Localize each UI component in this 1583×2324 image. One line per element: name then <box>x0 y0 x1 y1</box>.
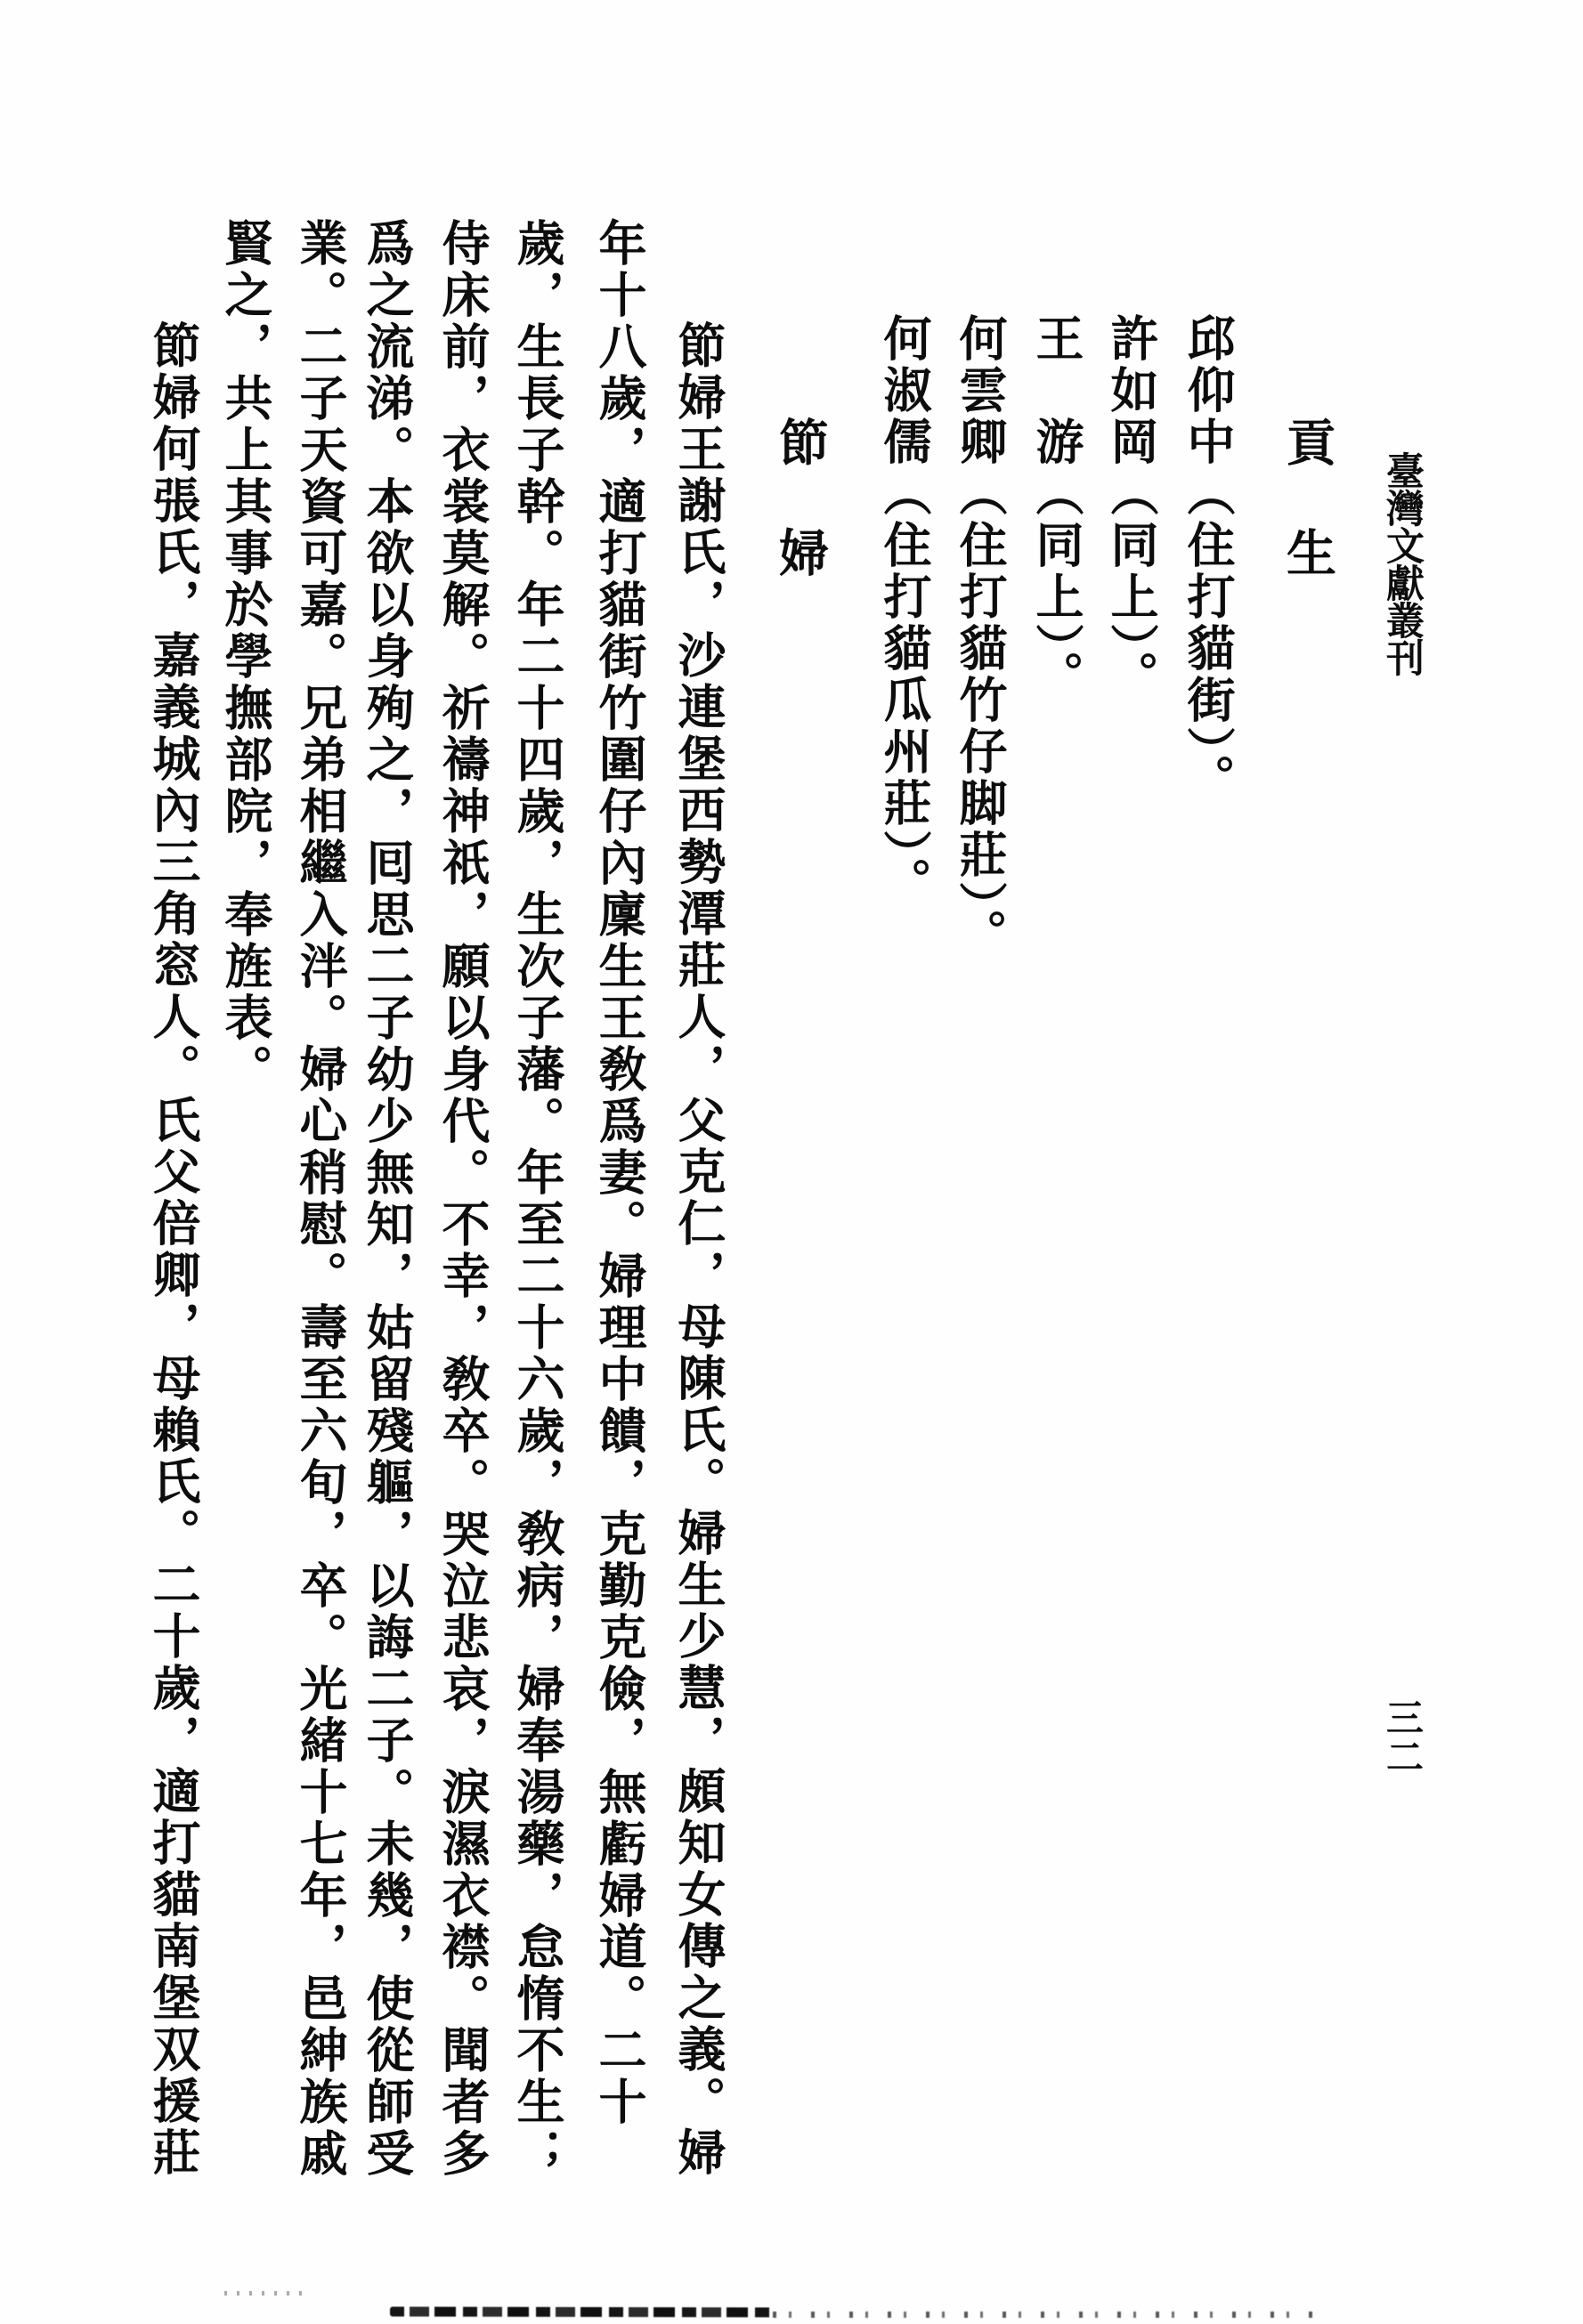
gongsheng-entry: 何雲卿（住打貓竹仔脚莊）。 <box>954 313 1005 960</box>
running-title: 臺灣文獻叢刊 <box>1381 451 1422 676</box>
gongsheng-entry: 王 游（同上）。 <box>1030 313 1082 702</box>
jiefu-entry1-line: 歲，生長子幹。年二十四歲，生次子藩。年至二十六歲，敎病，婦奉湯藥，怠惰不生； <box>511 218 563 2180</box>
scan-artifact-smudge <box>773 2312 1320 2318</box>
section-heading-gongsheng: 貢 生 <box>1280 417 1334 582</box>
scanned-book-page: 臺灣文獻叢刊 三二 貢 生 邱仰中（住打貓街）。 許如岡（同上）。 王 游（同上… <box>0 0 1583 2324</box>
jiefu-entry1-line: 爲之流涕。本欲以身殉之，囘思二子幼少無知，姑留殘軀，以誨二子。未幾，使從師受 <box>361 218 412 2180</box>
jiefu-entry2-line: 節婦何張氏，嘉義城內三角窓人。氏父倍卿，母賴氏。二十歲，適打貓南堡双援莊 <box>147 320 199 2179</box>
gongsheng-entry: 何淑儒（住打貓瓜州莊）。 <box>878 313 930 909</box>
gongsheng-entry: 許如岡（同上）。 <box>1105 313 1157 702</box>
jiefu-entry1-line: 侍床前，衣裳莫解。祈禱神祇，願以身代。不幸，敎卒。哭泣悲哀，淚濕衣襟。聞者多 <box>436 218 488 2180</box>
jiefu-entry1-line: 業。二子天資可嘉。兄弟相繼入泮。婦心稍慰。壽至六旬，卒。光緒十七年，邑紳族戚 <box>294 218 345 2180</box>
jiefu-entry1-line: 節婦王謝氏，沙連堡西勢潭莊人，父克仁，母陳氏。婦生少慧，頗知女傳之義。婦 <box>672 320 724 2179</box>
scan-artifact-speckles <box>224 2291 309 2296</box>
gongsheng-entry: 邱仰中（住打貓街）。 <box>1181 313 1233 806</box>
jiefu-entry1-line: 年十八歲，適打貓街竹圍仔內廩生王敎爲妻。婦理中饋，克勤克儉，無虧婦道。二十 <box>593 218 645 2128</box>
scan-artifact-smudge <box>390 2307 773 2318</box>
jiefu-entry1-line: 賢之，共上其事於學撫部院，奉旌表。 <box>219 218 271 1096</box>
page-number: 三二 <box>1381 1698 1422 1777</box>
section-heading-jiefu: 節 婦 <box>773 417 826 582</box>
